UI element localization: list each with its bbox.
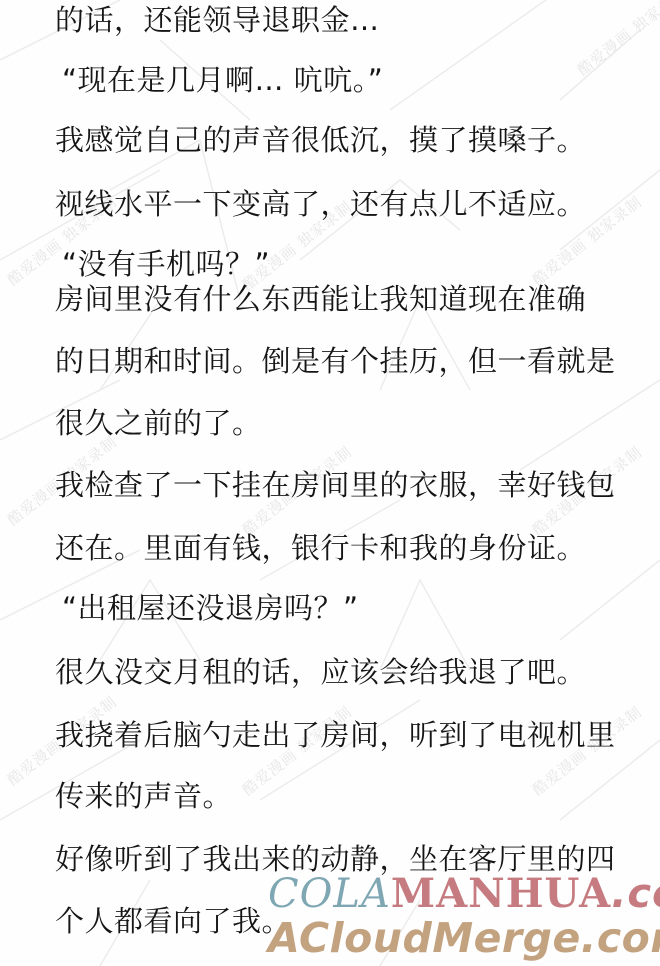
text-line: 我感觉自己的声音很低沉，摸了摸嗓子。 — [55, 122, 586, 158]
text-line: 我挠着后脑勺走出了房间，听到了电视机里 — [55, 717, 616, 753]
watermark-stamp: 酷爱漫画 独家录制 — [573, 0, 660, 80]
text-line: 我检查了一下挂在房间里的衣服，幸好钱包 — [55, 467, 616, 503]
acloudmerge-watermark: ACloudMerge.com — [268, 915, 660, 961]
watermark-cola: COLA — [268, 871, 391, 917]
text-line: 的日期和时间。倒是有个挂历，但一看就是 — [55, 343, 616, 379]
text-line: 还在。里面有钱，银行卡和我的身份证。 — [55, 530, 586, 566]
dialogue-line: “出租屋还没退房吗？” — [62, 590, 359, 626]
text-line: 视线水平一下变高了，还有点儿不适应。 — [55, 186, 586, 222]
watermark-com: .com — [611, 871, 660, 917]
colamanhua-watermark: COLAMANHUA.com — [268, 872, 660, 916]
text-line: 很久之前的了。 — [55, 405, 262, 441]
text-line: 传来的声音。 — [55, 778, 232, 814]
text-line: 个人都看向了我。 — [55, 903, 291, 939]
watermark-manhua: MANHUA — [391, 870, 611, 917]
text-line: 很久没交月租的话，应该会给我退了吧。 — [55, 654, 586, 690]
dialogue-line: “现在是几月啊… 吭吭。” — [62, 62, 383, 98]
text-line: 的话，还能领导退职金… — [55, 2, 380, 38]
text-line: 房间里没有什么东西能让我知道现在准确 — [55, 281, 586, 317]
dialogue-line: “没有手机吗？” — [62, 246, 270, 282]
document-page: 酷爱漫画 独家录制 酷爱漫画 独家录制 酷爱漫画 独家录制 酷爱漫画 独家录制 … — [0, 0, 660, 966]
